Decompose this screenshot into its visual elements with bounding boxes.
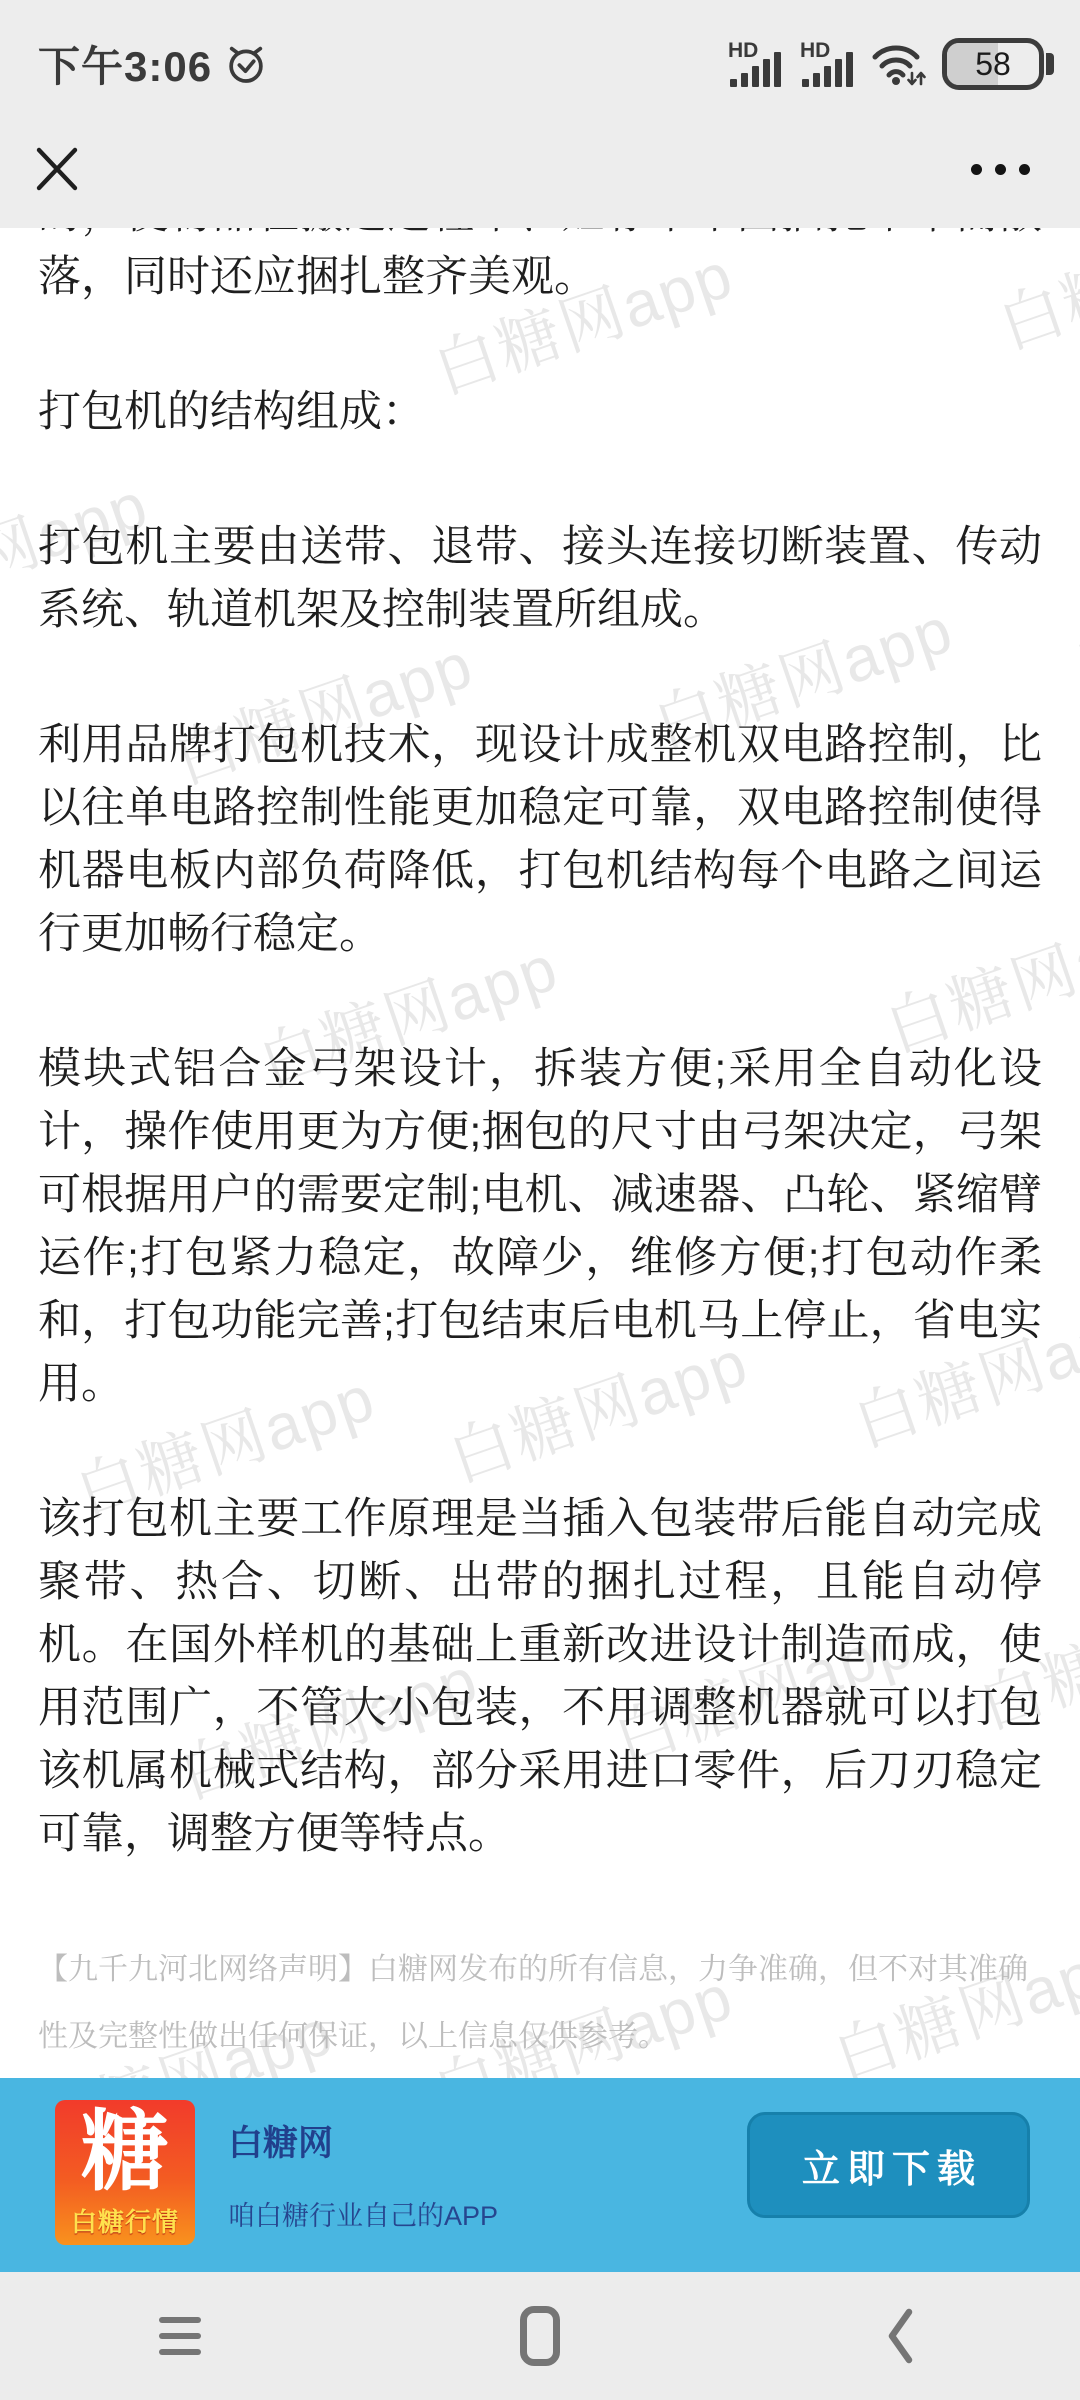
wifi-icon bbox=[872, 39, 926, 89]
download-button[interactable]: 立即下载 bbox=[747, 2112, 1030, 2218]
article-paragraph-2: 打包机的结构组成： bbox=[38, 381, 1042, 444]
recent-apps-button[interactable] bbox=[0, 2317, 360, 2355]
clock-time: 下午3:06 bbox=[38, 34, 212, 94]
close-icon[interactable] bbox=[34, 146, 80, 192]
article-paragraph-4: 利用品牌打包机技术，现设计成整机双电路控制，比以往单电路控制性能更加稳定可靠，双… bbox=[38, 714, 1042, 966]
svg-text:HD: HD bbox=[728, 39, 758, 62]
menu-icon bbox=[159, 2317, 201, 2355]
phone-screen: 白糖网app白糖网app白糖网app白糖网app白糖网app白糖网app白糖网a… bbox=[0, 0, 1080, 2400]
article-paragraph-6: 该打包机主要工作原理是当插入包装带后能自动完成聚带、热合、切断、出带的捆扎过程，… bbox=[38, 1488, 1042, 1866]
app-meta: 白糖网 咱白糖行业自己的APP bbox=[228, 2116, 498, 2233]
article-paragraph-3: 打包机主要由送带、退带、接头连接切断装置、传动系统、轨道机架及控制装置所组成。 bbox=[38, 516, 1042, 642]
more-options-icon[interactable] bbox=[971, 164, 1030, 175]
status-bar: 下午3:06 HD HD bbox=[0, 0, 1080, 110]
battery-terminal bbox=[1046, 53, 1054, 75]
android-nav-bar bbox=[0, 2272, 1080, 2400]
back-chevron-icon bbox=[886, 2307, 914, 2365]
app-icon-caption: 白糖行情 bbox=[55, 2202, 195, 2239]
svg-text:HD: HD bbox=[800, 39, 830, 62]
app-tagline: 咱白糖行业自己的APP bbox=[228, 2194, 498, 2233]
battery-icon: 58 bbox=[942, 38, 1054, 90]
app-download-banner[interactable]: 糖 白糖行情 白糖网 咱白糖行业自己的APP 立即下载 bbox=[0, 2078, 1080, 2272]
sim2-signal-icon: HD bbox=[800, 39, 856, 89]
article-content: 的，使物品在搬运过程中、贮存中不因捆扎不牢而散落，同时还应捆扎整齐美观。 打包机… bbox=[0, 183, 1080, 2070]
app-icon: 糖 白糖行情 bbox=[55, 2100, 195, 2245]
battery-percent: 58 bbox=[975, 46, 1011, 83]
article-paragraph-5: 模块式铝合金弓架设计，拆装方便;采用全自动化设计，操作使用更为方便;捆包的尺寸由… bbox=[38, 1038, 1042, 1416]
sim1-signal-icon: HD bbox=[728, 39, 784, 89]
home-icon bbox=[520, 2306, 560, 2366]
alarm-clock-icon bbox=[224, 42, 268, 86]
back-button[interactable] bbox=[720, 2307, 1080, 2365]
home-button[interactable] bbox=[360, 2306, 720, 2366]
app-name: 白糖网 bbox=[228, 2116, 498, 2166]
disclaimer-text: 【九千九河北网络声明】白糖网发布的所有信息，力争准确，但不对其准确性及完整性做出… bbox=[38, 1936, 1042, 2070]
app-icon-glyph: 糖 bbox=[55, 2102, 195, 2202]
webview-header bbox=[0, 110, 1080, 228]
